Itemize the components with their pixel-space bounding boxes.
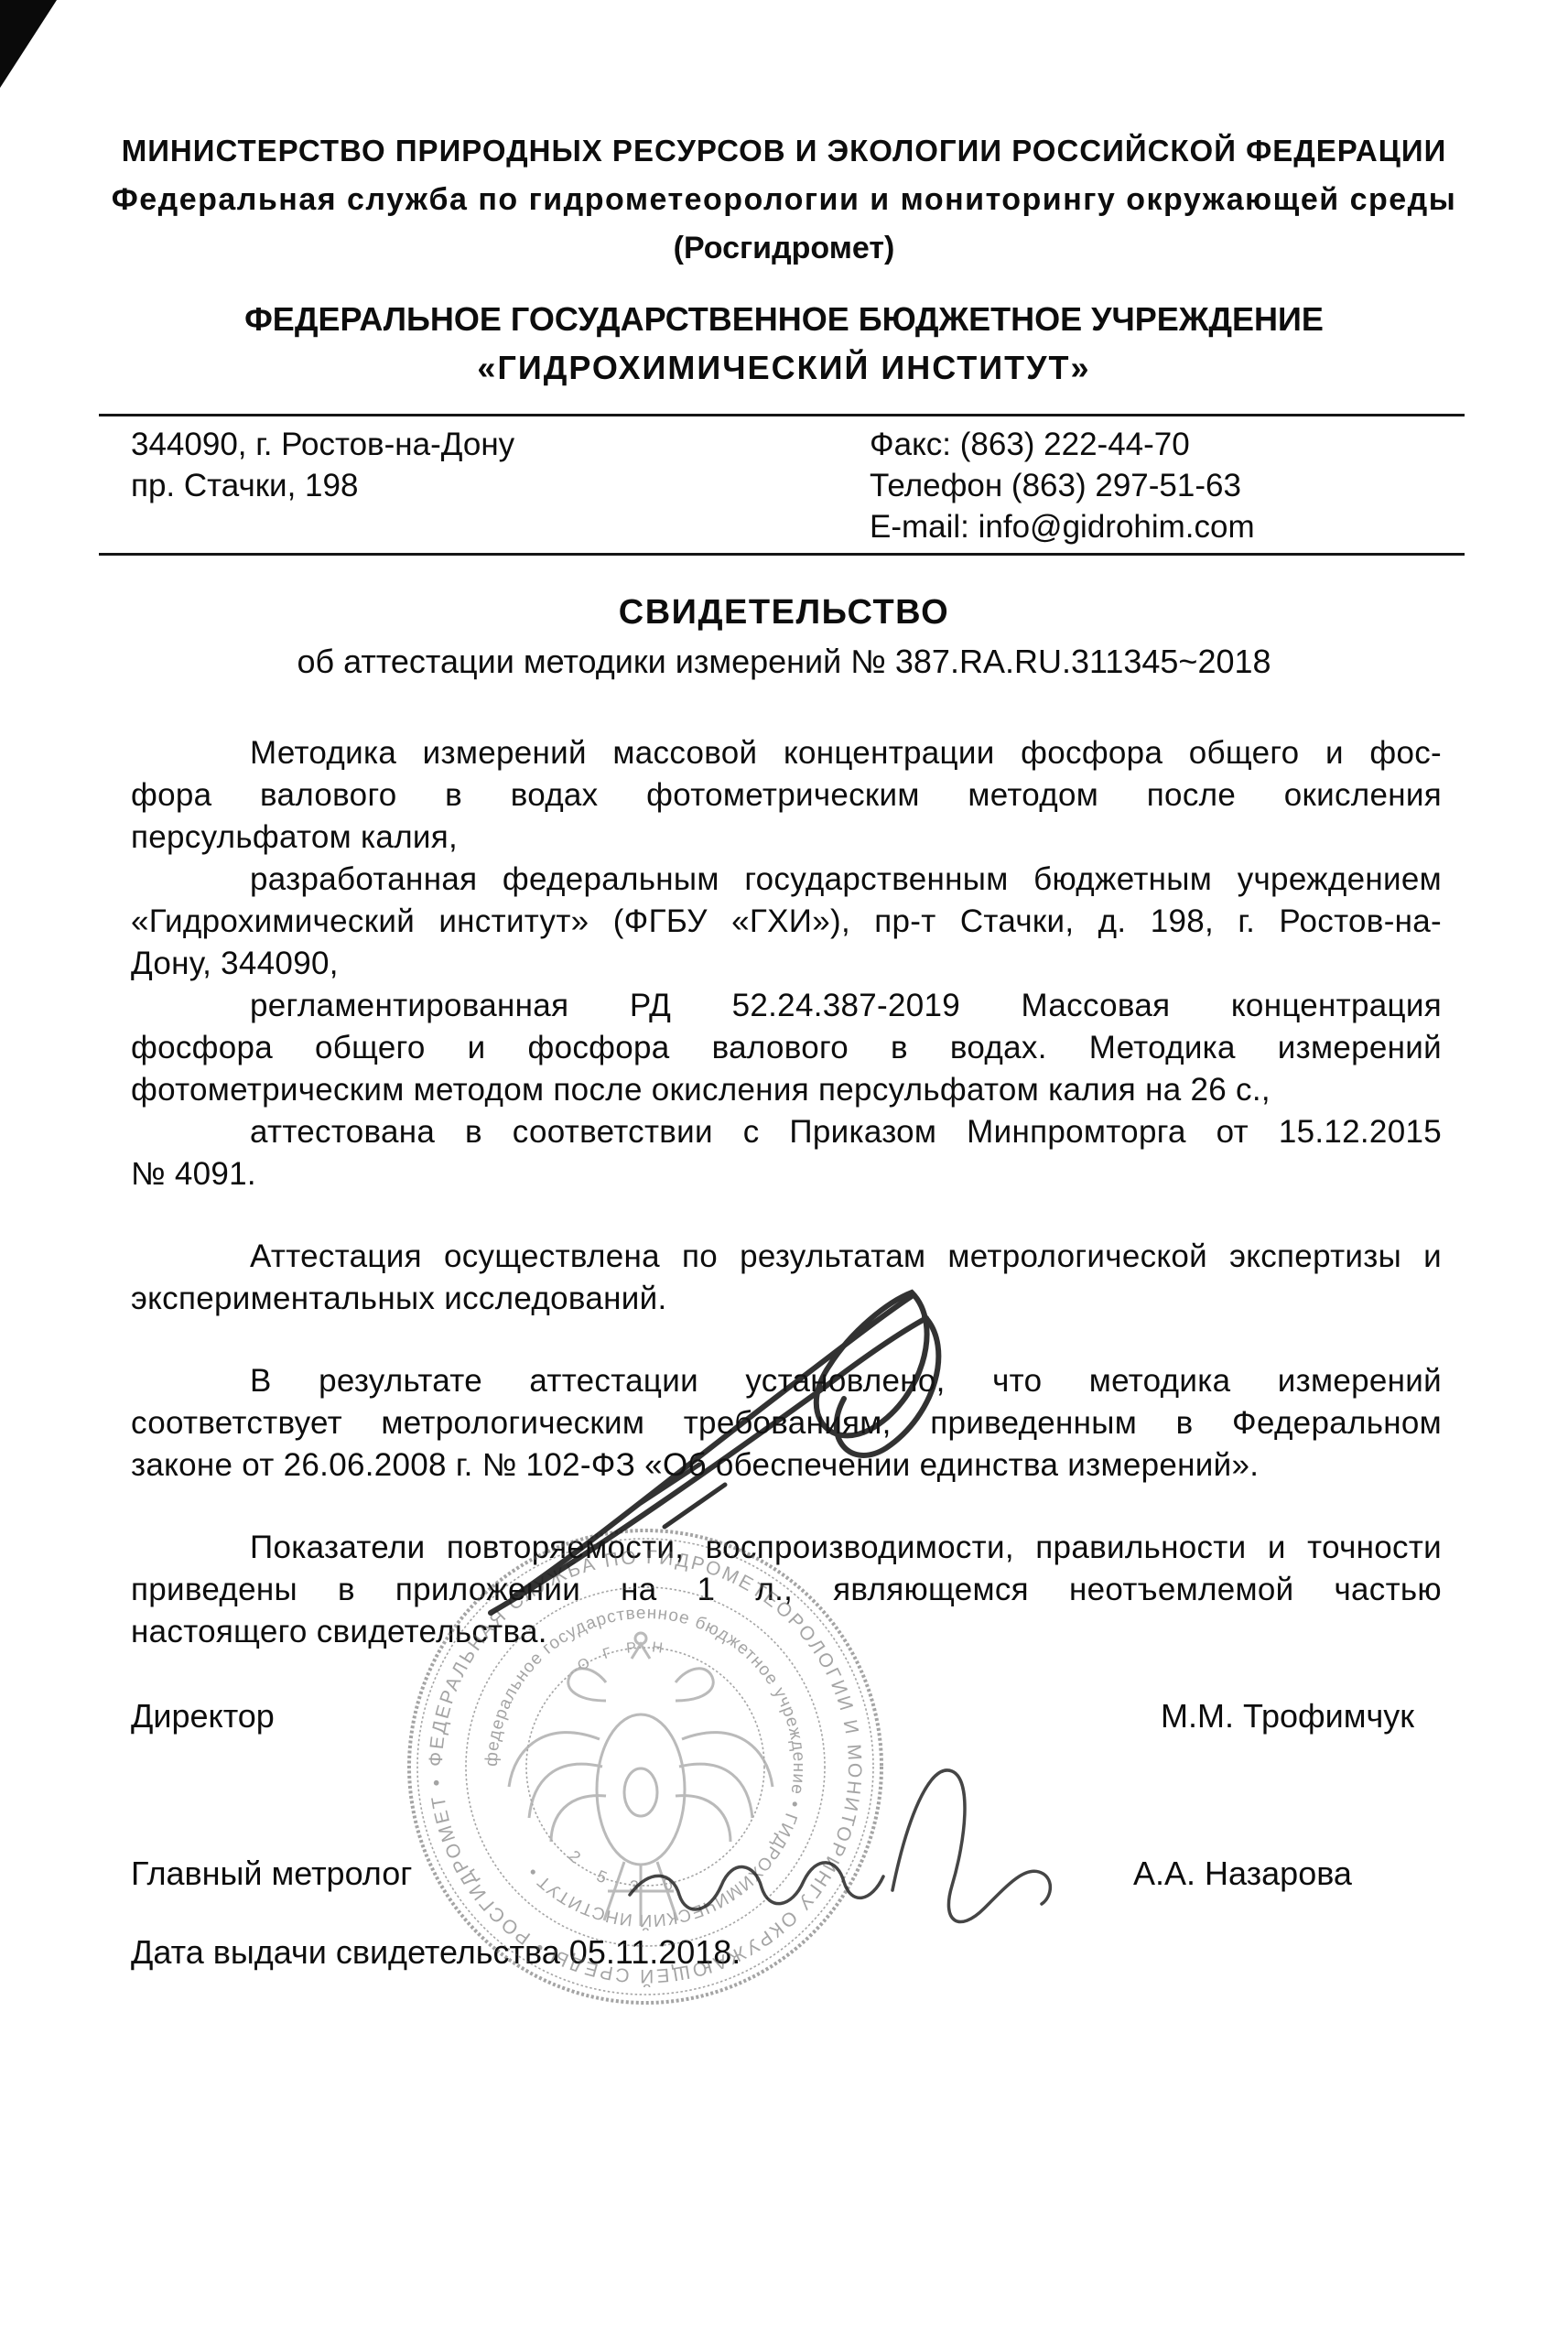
body-line: регламентированная РД 52.24.387-2019 Мас… xyxy=(131,985,1442,1027)
certificate-title: СВИДЕТЕЛЬСТВО xyxy=(0,593,1568,633)
body-line: Аттестация осуществлена по результатам м… xyxy=(131,1236,1442,1278)
body-line: фосфора общего и фосфора валового в вода… xyxy=(131,1027,1442,1069)
divider-bottom xyxy=(99,553,1465,556)
body-line: аттестована в соответствии с Приказом Ми… xyxy=(131,1111,1442,1153)
double-headed-eagle xyxy=(509,1633,773,1926)
body-line: № 4091. xyxy=(131,1153,1442,1195)
body-line: экспериментальных исследований. xyxy=(131,1278,1442,1320)
body-line: приведены в приложении на 1 л., являющем… xyxy=(131,1569,1442,1611)
issue-date-line: Дата выдачи свидетельства 05.11.2018. xyxy=(131,1933,741,1972)
phone-line: Телефон (863) 297-51-63 xyxy=(870,468,1241,504)
director-label: Директор xyxy=(131,1697,275,1736)
metrologist-label: Главный метролог xyxy=(131,1855,412,1893)
metrologist-name: А.А. Назарова xyxy=(1133,1855,1352,1893)
email-line: E-mail: info@gidrohim.com xyxy=(870,509,1255,546)
org-name-line: «ГИДРОХИМИЧЕСКИЙ ИНСТИТУТ» xyxy=(0,349,1568,387)
body-line: фора валового в водах фотометрическим ме… xyxy=(131,774,1442,816)
certificate-subtitle: об аттестации методики измерений № 387.R… xyxy=(0,643,1568,681)
body-line: В результате аттестации установлено, что… xyxy=(131,1360,1442,1402)
stamp-number-text: 2 5 3 0 xyxy=(565,1847,685,1897)
body-line: законе от 26.06.2008 г. № 102-ФЗ «Об обе… xyxy=(131,1444,1442,1487)
fax-line: Факс: (863) 222-44-70 xyxy=(870,427,1190,463)
scan-corner-artifact xyxy=(0,0,57,88)
director-name: М.М. Трофимчук xyxy=(1161,1697,1414,1736)
service-short-name: (Росгидромет) xyxy=(0,231,1568,266)
body-line: фотометрическим методом после окисления … xyxy=(131,1069,1442,1111)
body-line: разработанная федеральным государственны… xyxy=(131,859,1442,901)
body-line: соответствует метрологическим требования… xyxy=(131,1402,1442,1444)
federal-service-name: Федеральная служба по гидрометеорологии … xyxy=(0,182,1568,218)
stamp-ring-inner xyxy=(526,1648,764,1886)
org-address-line1: 344090, г. Ростов-на-Дону xyxy=(131,427,514,463)
org-type-line: ФЕДЕРАЛЬНОЕ ГОСУДАРСТВЕННОЕ БЮДЖЕТНОЕ УЧ… xyxy=(0,300,1568,339)
body-line: настоящего свидетельства. xyxy=(131,1611,1442,1653)
body-line: «Гидрохимический институт» (ФГБУ «ГХИ»),… xyxy=(131,901,1442,943)
divider-top xyxy=(99,414,1465,416)
body-line: Дону, 344090, xyxy=(131,943,1442,985)
certificate-body: Методика измерений массовой концентрации… xyxy=(131,732,1442,1653)
body-line: персульфатом калия, xyxy=(131,816,1442,859)
metrologist-signature xyxy=(630,1770,1050,1922)
ministry-name: МИНИСТЕРСТВО ПРИРОДНЫХ РЕСУРСОВ И ЭКОЛОГ… xyxy=(0,134,1568,168)
body-line: Методика измерений массовой концентрации… xyxy=(131,732,1442,774)
body-line: Показатели повторяемости, воспроизводимо… xyxy=(131,1527,1442,1569)
org-address-line2: пр. Стачки, 198 xyxy=(131,468,358,504)
svg-text:2 5 3 0: 2 5 3 0 xyxy=(565,1847,685,1897)
certificate-page: МИНИСТЕРСТВО ПРИРОДНЫХ РЕСУРСОВ И ЭКОЛОГ… xyxy=(0,0,1568,2325)
